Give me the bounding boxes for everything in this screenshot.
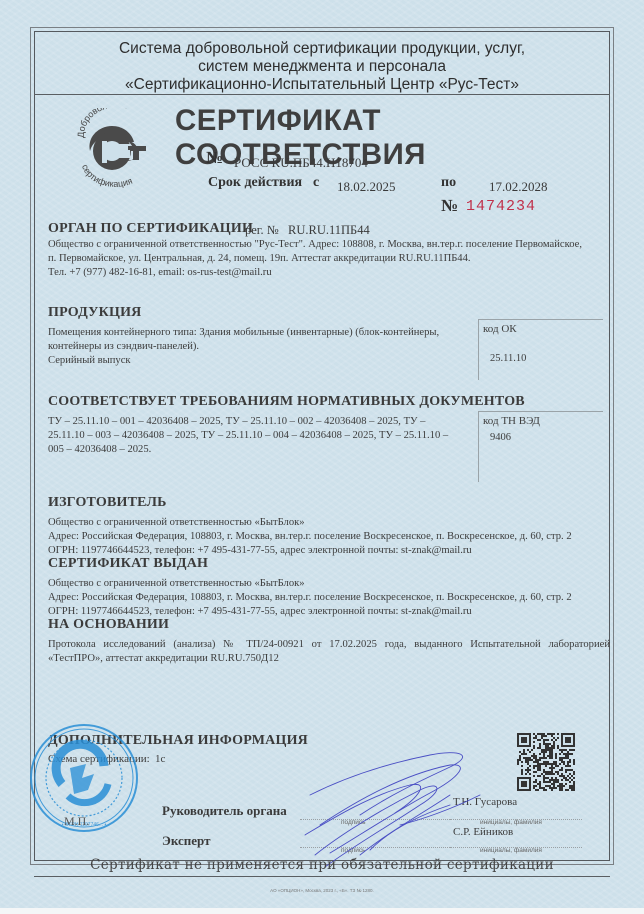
footer-note: Сертификат не применяется при обязательн… xyxy=(34,857,610,873)
ok-code-value: 25.11.10 xyxy=(490,353,526,364)
tnved-code-label: код ТН ВЭД xyxy=(483,415,540,427)
product-line-1: Помещения контейнерного типа: Здания моб… xyxy=(48,326,439,340)
expert-label: Эксперт xyxy=(162,833,210,849)
product-description: Помещения контейнерного типа: Здания моб… xyxy=(48,326,439,369)
cb-line-1: Общество с ограниченной ответственностью… xyxy=(48,238,582,252)
issued-to-line-1: Общество с ограниченной ответственностью… xyxy=(48,577,572,591)
manufacturer-line-2: Адрес: Российская Федерация, 108803, г. … xyxy=(48,530,572,544)
manufacturer-line-1: Общество с ограниченной ответственностью… xyxy=(48,516,572,530)
cert-number: РОСС RU.ПБ44.Н18704 xyxy=(234,155,368,171)
product-line-3: Серийный выпуск xyxy=(48,354,439,368)
valid-to-label: по xyxy=(441,175,456,191)
manufacturer-heading: ИЗГОТОВИТЕЛЬ xyxy=(48,495,167,511)
tnved-code-box: код ТН ВЭД 9406 xyxy=(478,411,603,482)
validity-label: Срок действия xyxy=(208,175,302,191)
certification-body-details: Общество с ограниченной ответственностью… xyxy=(48,238,582,281)
basis-line-1: Протокола исследований (анализа) № ТП/24… xyxy=(48,638,610,652)
header-line-2: систем менеджмента и персонала xyxy=(34,58,610,76)
conformity-line-1: ТУ – 25.11.10 – 001 – 42036408 – 2025, Т… xyxy=(48,415,448,429)
reg-label: рег. № xyxy=(245,223,279,238)
valid-to-date: 17.02.2028 xyxy=(489,179,548,195)
issued-to-line-2: Адрес: Российская Федерация, 108803, г. … xyxy=(48,591,572,605)
issuing-system-header: Система добровольной сертификации продук… xyxy=(34,40,610,94)
header-line-3: «Сертификационно-Испытательный Центр «Ру… xyxy=(34,76,610,94)
ok-code-box: код ОК 25.11.10 xyxy=(478,319,603,380)
rst-logo-icon: Добровольная сертификация xyxy=(72,108,156,188)
conformity-documents: ТУ – 25.11.10 – 001 – 42036408 – 2025, Т… xyxy=(48,415,448,458)
cb-line-3: Тел. +7 (977) 482-16-81, email: os-rus-t… xyxy=(48,266,582,280)
conformity-heading: СООТВЕТСТВУЕТ ТРЕБОВАНИЯМ НОРМАТИВНЫХ ДО… xyxy=(48,394,525,410)
cb-line-2: п. Первомайское, ул. Центральная, д. 24,… xyxy=(48,252,582,266)
reg-number: RU.RU.11ПБ44 xyxy=(288,223,370,238)
cert-number-label: № xyxy=(206,148,223,168)
scan-edge xyxy=(0,908,644,914)
certification-body-heading: ОРГАН ПО СЕРТИФИКАЦИИ xyxy=(48,221,253,237)
basis-details: Протокола исследований (анализа) № ТП/24… xyxy=(48,638,610,666)
issued-to-details: Общество с ограниченной ответственностью… xyxy=(48,577,572,620)
product-heading: ПРОДУКЦИЯ xyxy=(48,305,141,321)
header-line-1: Система добровольной сертификации продук… xyxy=(34,40,610,58)
product-line-2: контейнеры из сэндвич-панелей). xyxy=(48,340,439,354)
manufacturer-details: Общество с ограниченной ответственностью… xyxy=(48,516,572,559)
qr-code-icon xyxy=(517,733,575,791)
basis-line-2: «ТестПРО», аттестат аккредитации RU.RU.7… xyxy=(48,652,610,666)
conformity-line-2: 25.11.10 – 003 – 42036408 – 2025, ТУ – 2… xyxy=(48,429,448,443)
valid-from-label: с xyxy=(313,175,319,191)
conformity-line-3: 005 – 42036408 – 2025. xyxy=(48,443,448,457)
printer-imprint: АО «ОПЦИОН», Москва, 2023 г., «Б». ТЗ № … xyxy=(34,888,610,893)
signature-scribble xyxy=(300,735,490,875)
scheme-value: 1с xyxy=(155,753,165,765)
blank-number-label: № xyxy=(441,196,458,216)
seal-label: М.П. xyxy=(64,814,89,829)
blank-number: 1474234 xyxy=(466,198,536,215)
tnved-code-value: 9406 xyxy=(490,432,511,443)
header-divider xyxy=(34,94,610,95)
ok-code-label: код ОК xyxy=(483,323,517,335)
issued-to-heading: СЕРТИФИКАТ ВЫДАН xyxy=(48,556,208,572)
valid-from-date: 18.02.2025 xyxy=(337,179,396,195)
head-of-body-label: Руководитель органа xyxy=(162,803,287,819)
basis-heading: НА ОСНОВАНИИ xyxy=(48,617,169,633)
footer-divider xyxy=(34,876,610,877)
